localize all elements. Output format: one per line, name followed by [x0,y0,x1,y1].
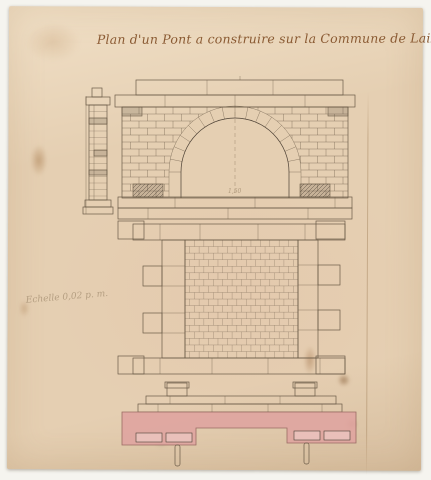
scanned-document: Plan d'un Pont a construire sur la Commu… [0,0,431,480]
scale-annotation: Echelle 0,02 p. m. [25,289,108,306]
paper-stain [337,374,350,387]
drawing-title: Plan d'un Pont a construire sur la Commu… [97,30,419,46]
fold-crease [366,92,369,476]
paper-stain [303,345,316,375]
paper-sheet: Plan d'un Pont a construire sur la Commu… [7,6,423,471]
paper-stain [346,419,357,430]
paper-stain [153,435,169,448]
paper-stain [30,144,47,176]
paper-stain [25,22,81,62]
